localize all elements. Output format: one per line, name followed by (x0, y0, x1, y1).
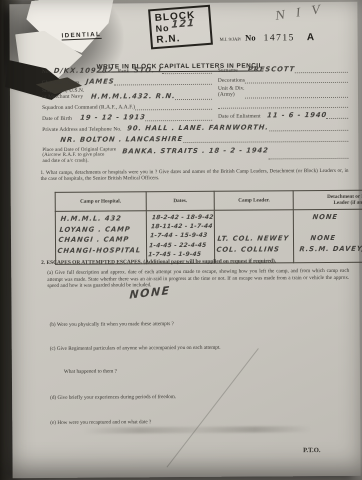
field-ship-row: Ship (R.N., U.S.N. or Merchant Navy H.M.… (42, 88, 212, 100)
rank-value: STO. I (133, 66, 162, 74)
field-squadron-row: Squadron and Command (R.A.F., A.A.F.) (42, 103, 212, 111)
stamp-no-label: No (155, 23, 170, 34)
capture-line (269, 151, 349, 159)
unit-line (245, 90, 348, 98)
block-leader-entry: NONE (310, 232, 362, 243)
field-no-rank-row: No. D/KX.109282 Rank STO. I (42, 66, 212, 75)
camps-table-body-row: H.M.M.L. 432 LOYANG . CAMP CHANGI . CAMP… (55, 209, 362, 264)
section2-question-c: (c) Give Regimental particulars of anyon… (42, 344, 350, 353)
surname-label: Surname (218, 68, 238, 74)
no-label: No. (42, 69, 50, 75)
block-leader-entry: NONE (312, 211, 362, 222)
surname-value: PRESCOTT (247, 65, 295, 73)
section1-intro: 1. What camps, detachments or hospitals … (41, 168, 349, 183)
no-value: D/KX.109282 (54, 66, 114, 74)
ship-label-line2: or Merchant Navy (42, 94, 83, 100)
leader-gap (218, 212, 292, 234)
pto-label: P.T.O. (303, 447, 320, 454)
block-leader-entries: NONE NONE R.S.M. DAVEY, R.A.S.C (295, 211, 362, 254)
capture-label-line3: and date of a/c crash). (42, 158, 88, 163)
field-capture-row: Place and Date of Original Capture (Airc… (42, 145, 348, 164)
field-unit-row: Unit & Div. (Army) (218, 86, 348, 98)
ref-prefix: M.I. 9/JAP/ (220, 37, 242, 42)
capture-value: BANKA. STRAITS . 18 - 2 - 1942 (122, 146, 269, 155)
address-label: Private Address and Telephone No. (42, 127, 121, 134)
field-decorations-row: Decorations (218, 76, 348, 84)
pencil-annotation: N I V (275, 0, 325, 24)
header-camp: Camp or Hospital. (55, 192, 146, 212)
dates-cell: 18-2-42 - 18-9-42 18-11-42 - 1-7-44 1-7-… (146, 210, 215, 263)
camp-entry: LOYANG . CAMP (59, 224, 144, 235)
field-enlistment-row: Date of Enlistment 11 - 6 - 1940 (218, 111, 348, 120)
address-line1 (269, 124, 348, 132)
enlistment-label: Date of Enlistment (218, 113, 261, 119)
christian-names-label: Christian Names (42, 80, 80, 86)
unit-label-line2: (Army) (218, 92, 235, 98)
date-entry: 18-2-42 - 18-9-42 (151, 213, 214, 223)
date-entry: 1-7-45 - 1-9-45 (147, 250, 210, 260)
section2-question-c-text: (c) Give Regimental particulars of anyon… (50, 344, 350, 353)
leader-entries: LT. COL. NEWEY COL. COLLINS (216, 212, 292, 255)
enlistment-line (327, 112, 349, 119)
field-surname-row: Surname PRESCOTT (218, 65, 348, 74)
ship-value: H.M.M.L.432. R.N. (90, 92, 175, 101)
section2-question-a: (a) Give full description and approx. da… (41, 268, 349, 289)
block-leader-cell: NONE NONE R.S.M. DAVEY, R.A.S.C (293, 209, 362, 263)
spacer-line (218, 101, 348, 109)
rank-label: Rank (118, 68, 130, 74)
ref-no-label: No (245, 33, 255, 43)
leader-entry: COL. COLLINS (216, 244, 289, 255)
section2-heading: 2. ESCAPES OR ATTEMPTED ESCAPES. (Additi… (41, 258, 349, 267)
camp-entry: CHANGI . CAMP (58, 234, 143, 245)
christian-names-line (114, 78, 212, 86)
address-value-line2: NR. BOLTON . LANCASHIRE (60, 135, 184, 144)
ship-label: Ship (R.N., U.S.N. or Merchant Navy (42, 89, 85, 100)
decorations-label: Decorations (218, 78, 245, 84)
camps-table: Camp or Hospital. Dates. Camp Leader. De… (55, 189, 362, 264)
date-entry: 1-4-45 - 22-4-45 (148, 240, 211, 250)
squadron-line (135, 103, 212, 111)
capture-label-line2: (Aircrew R.A.F. to give place (42, 153, 104, 158)
section2: 2. ESCAPES OR ATTEMPTED ESCAPES. (Additi… (41, 258, 349, 290)
section2-question-d: (d) Give briefly your experiences during… (42, 393, 350, 402)
dob-value: 19 - 12 - 1913 (80, 113, 146, 121)
personal-details-form: No. D/KX.109282 Rank STO. I Christian Na… (42, 65, 349, 168)
field-dob-row: Date of Birth 19 - 12 - 1913 (42, 113, 212, 122)
section2-question-c2-text: What happened to them ? (64, 367, 350, 375)
camp-entry: H.M.M.L. 432 (60, 213, 145, 224)
camp-entries: H.M.M.L. 432 LOYANG . CAMP CHANGI . CAMP… (57, 213, 145, 256)
decorations-line (245, 76, 348, 84)
date-entries: 18-2-42 - 18-9-42 18-11-42 - 1-7-44 1-7-… (147, 213, 213, 259)
block-leader-gap (311, 222, 362, 233)
block-leader-entry: R.S.M. DAVEY, R.A.S.C (299, 243, 362, 254)
camps-table-header-row: Camp or Hospital. Dates. Camp Leader. De… (55, 190, 362, 211)
section1-intro-text: 1. What camps, detachments or hospitals … (41, 168, 349, 183)
address-line2 (183, 135, 348, 143)
header-dates: Dates. (146, 191, 215, 210)
confidential-fragment-label: IDENTIAL (61, 31, 101, 41)
header-block-leader: Detachment or Block Leader (if any). (293, 190, 362, 210)
camps-cell: H.M.M.L. 432 LOYANG . CAMP CHANGI . CAMP… (55, 211, 146, 264)
section2-question-e: (e) How were you recaptured and on what … (42, 418, 350, 427)
christian-names-value: JAMES (85, 78, 114, 86)
section2-question-c2: What happened to them ? (42, 367, 350, 376)
ref-number-value: 14715 (264, 33, 295, 43)
squadron-label: Squadron and Command (R.A.F., A.A.F.) (42, 104, 135, 111)
field-address-row-2: NR. BOLTON . LANCASHIRE (42, 134, 348, 144)
leader-entry: LT. COL. NEWEY (217, 233, 290, 244)
dob-line (145, 114, 212, 121)
leader-cell: LT. COL. NEWEY COL. COLLINS (215, 210, 294, 263)
dob-label: Date of Birth (42, 116, 72, 122)
stamp-no-handwritten: 121 (171, 18, 195, 31)
header-leader: Camp Leader. (215, 191, 294, 211)
rank-line (161, 67, 211, 74)
block-number-stamp: BLOCK No 121 R.N. (148, 5, 213, 50)
date-entry: 1-7-44 - 15-9-43 (149, 231, 212, 241)
capture-label: Place and Date of Original Capture (Airc… (42, 147, 116, 164)
surname-line (295, 66, 348, 73)
paper-crease (167, 348, 259, 467)
form-paper: IDENTIAL BLOCK No 121 R.N. M.I. 9/JAP/ N… (9, 2, 360, 478)
section2-question-b-text: (b) Were you physically fit when you mad… (50, 320, 350, 329)
section2-question-d-text: (d) Give briefly your experiences during… (50, 393, 350, 402)
unit-label: Unit & Div. (Army) (218, 87, 245, 98)
photographed-document: IDENTIAL BLOCK No 121 R.N. M.I. 9/JAP/ N… (0, 0, 362, 480)
enlistment-value: 11 - 6 - 1940 (266, 111, 327, 119)
capture-label-line1: Place and Date of Original Capture (42, 147, 116, 153)
reference-number: M.I. 9/JAP/ No 14715 A (220, 32, 315, 44)
ship-line (175, 92, 212, 99)
header-block-leader-line2: Leader (if any). (333, 200, 362, 206)
camp-entry: CHANGI-HOSPITAL (57, 245, 142, 256)
spacer-dotted-row (218, 101, 348, 109)
address-value-line1: 90. HALL . LANE. FARNWORTH. (127, 124, 269, 133)
date-entry: 18-11-42 - 1-7-44 (150, 222, 213, 232)
field-christian-names-row: Christian Names JAMES (42, 77, 212, 86)
ref-grade-letter: A (307, 32, 314, 43)
section2-question-b: (b) Were you physically fit when you mad… (42, 320, 350, 329)
